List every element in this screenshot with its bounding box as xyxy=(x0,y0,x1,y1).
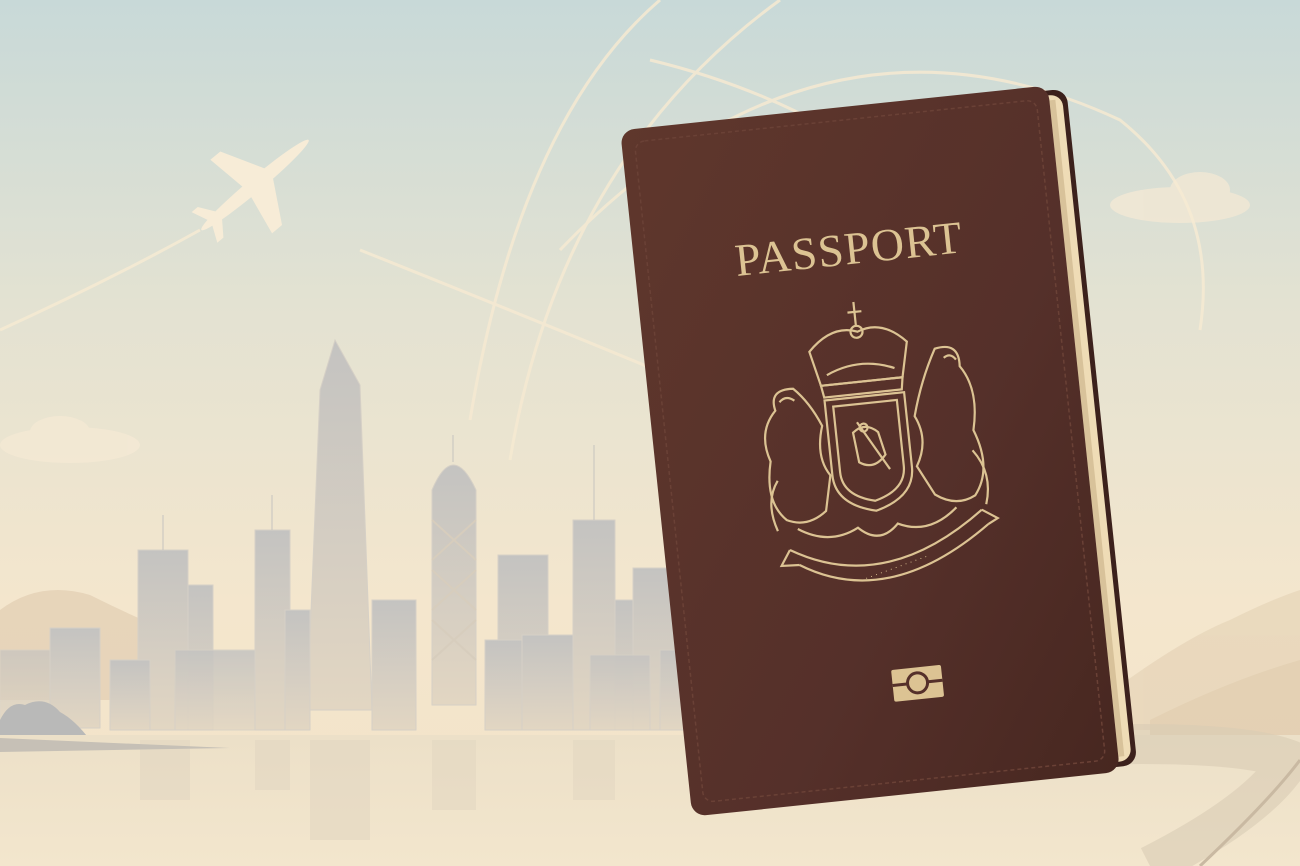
passport: PASSPORT xyxy=(620,84,1138,817)
travel-illustration: PASSPORT xyxy=(0,0,1300,866)
passport-cover xyxy=(620,85,1120,816)
biometric-chip-icon xyxy=(891,665,944,702)
